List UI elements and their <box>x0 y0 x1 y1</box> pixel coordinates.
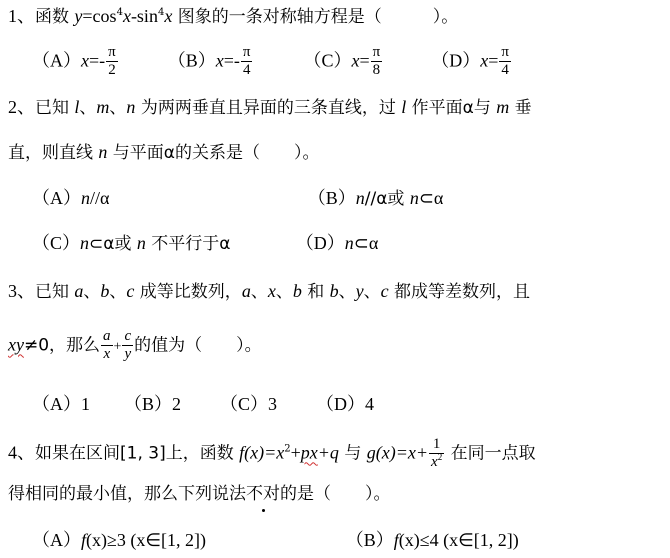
spellcheck-underlined-word: px <box>301 443 318 463</box>
question-number: 3、 <box>8 281 35 301</box>
option-c: （C）n⊂α或 n 不平行于α <box>32 231 290 256</box>
question-3-stem-line1: 3、已知 a、b、c 成等比数列，a、x、b 和 b、y、c 都成等差数列，且 <box>8 279 530 304</box>
option-b: （B）2 <box>124 392 220 417</box>
question-3-stem-line2: xy≠0，那么ax+cy的值为（ ）。 <box>8 328 262 363</box>
question-2-stem-line2: 直，则直线 n 与平面α的关系是（ ）。 <box>8 140 320 165</box>
option-a: （A）n//α <box>32 186 302 211</box>
fraction: π2 <box>106 44 118 79</box>
question-2-stem-line1: 2、已知 l、m、n 为两两垂直且异面的三条直线，过 l 作平面α与 m 垂 <box>8 95 532 120</box>
option-b: （B）n//α或 n⊂α <box>308 186 444 211</box>
question-1-stem: 1、函数 y=cos4x-sin4x 图象的一条对称轴方程是（ ）。 <box>8 4 458 29</box>
option-d: （D）x=π4 <box>431 44 512 79</box>
question-2-options-row1: （A）n//α （B）n//α或 n⊂α <box>32 186 443 211</box>
option-c: （C）3 <box>220 392 316 417</box>
spellcheck-underlined-word: xy <box>8 335 24 355</box>
option-a: （A）1 <box>32 392 124 417</box>
fraction: π4 <box>499 44 511 79</box>
option-a: （A）x=-π2 <box>32 44 162 79</box>
question-4-stem-line1: 4、如果在区间[1, 3]上，函数 f(x)=x2+px+q 与 g(x)=x+… <box>8 436 536 471</box>
option-d: （D）4 <box>316 392 374 417</box>
option-d: （D）n⊂α <box>296 231 379 256</box>
fraction: ax <box>101 328 113 363</box>
option-c: （C）x=π8 <box>303 44 425 79</box>
question-number: 1、 <box>8 6 35 26</box>
fraction: π8 <box>371 44 383 79</box>
fraction: cy <box>122 328 133 363</box>
question-4-stem-line2: 得相同的最小值，那么下列说法不对的是（ ）。 <box>8 482 391 506</box>
question-number: 2、 <box>8 97 35 117</box>
question-3-options: （A）1（B）2（C）3（D）4 <box>32 392 374 417</box>
question-2-options-row2: （C）n⊂α或 n 不平行于α （D）n⊂α <box>32 231 378 256</box>
fraction: π4 <box>241 44 253 79</box>
emphasis-dotted-text: 不对 <box>246 484 280 504</box>
option-a: （A）f(x)≥3 (x∈[1, 2]) <box>32 528 340 553</box>
option-b: （B）f(x)≤4 (x∈[1, 2]) <box>346 528 519 553</box>
question-number: 4、 <box>8 443 35 463</box>
fraction: 1x2 <box>429 436 444 471</box>
option-b: （B）x=-π4 <box>168 44 298 79</box>
question-1-options: （A）x=-π2 （B）x=-π4 （C）x=π8 （D）x=π4 <box>32 44 512 79</box>
question-4-options: （A）f(x)≥3 (x∈[1, 2]) （B）f(x)≤4 (x∈[1, 2]… <box>32 528 519 553</box>
